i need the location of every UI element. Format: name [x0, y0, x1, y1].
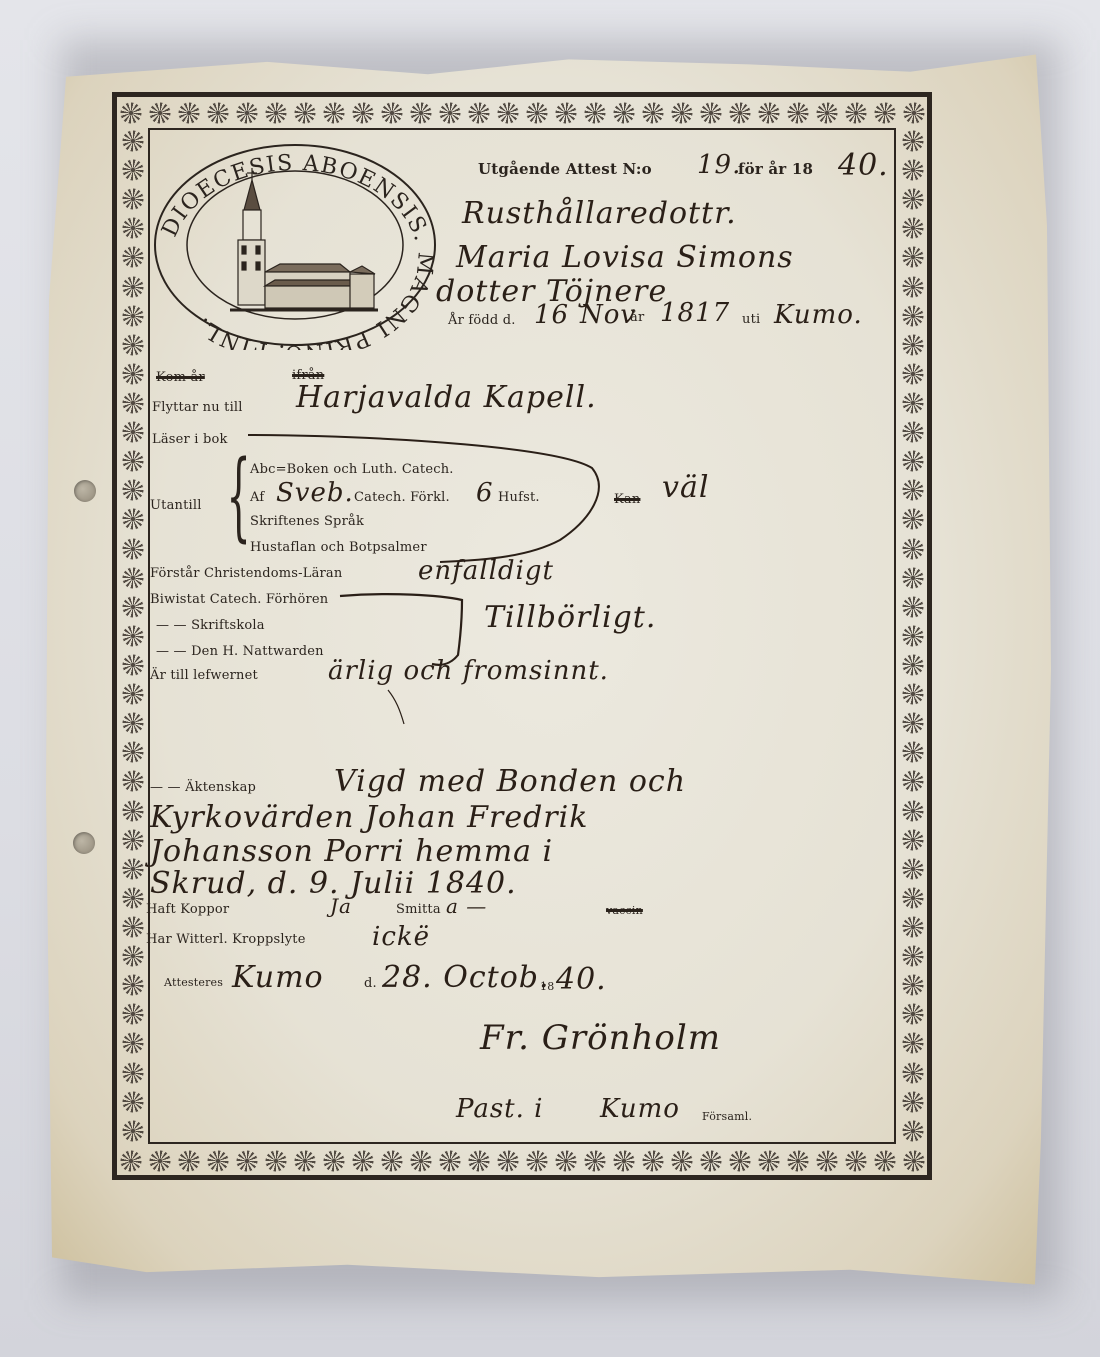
rosette-ornament-icon — [902, 450, 924, 472]
rosette-ornament-icon — [526, 102, 548, 124]
rosette-ornament-icon — [122, 683, 144, 705]
rosette-ornament-icon — [874, 1150, 896, 1172]
rosette-ornament-icon — [122, 800, 144, 822]
rosette-ornament-icon — [122, 974, 144, 996]
rosette-ornament-icon — [902, 916, 924, 938]
rosette-ornament-icon — [122, 741, 144, 763]
rosette-ornament-icon — [323, 1150, 345, 1172]
attended-catechism-label: Biwistat Catech. Förhören — [150, 592, 328, 607]
rosette-ornament-icon — [294, 102, 316, 124]
rosette-ornament-icon — [122, 188, 144, 210]
marriage-line-3: Johansson Porri hemma i — [150, 834, 553, 869]
rosette-ornament-icon — [207, 102, 229, 124]
understands-value: enfalldigt — [418, 556, 554, 586]
rosette-ornament-icon — [122, 1003, 144, 1025]
rosette-ornament-icon — [323, 102, 345, 124]
diocese-seal: DIOECESIS ABOENSIS. MAGNI PRINC. FINL. — [150, 140, 440, 350]
rosette-ornament-icon — [122, 508, 144, 530]
attest-label: Utgående Attest N:o — [478, 160, 652, 178]
reads-value: väl — [662, 470, 709, 505]
rosette-ornament-icon — [902, 1032, 924, 1054]
rosette-ornament-icon — [902, 508, 924, 530]
rosette-ornament-icon — [122, 887, 144, 909]
born-day: 16 — [534, 300, 569, 330]
signature-parish-suffix: Församl. — [702, 1110, 752, 1123]
rosette-ornament-icon — [122, 654, 144, 676]
rosette-ornament-icon — [642, 102, 664, 124]
rosette-ornament-icon — [122, 916, 144, 938]
attest-place: Kumo — [232, 960, 324, 995]
signature-role: Past. i — [456, 1094, 543, 1124]
rosette-ornament-icon — [902, 829, 924, 851]
attest-number: 19. — [697, 150, 741, 180]
rosette-ornament-icon — [845, 1150, 867, 1172]
moving-label: Flyttar nu till — [152, 400, 243, 415]
rosette-ornament-icon — [671, 102, 693, 124]
by-heart-label: Utantill — [150, 498, 202, 513]
rosette-ornament-icon — [902, 1120, 924, 1142]
rosette-ornament-icon — [122, 858, 144, 880]
rosette-ornament-icon — [149, 1150, 171, 1172]
rosette-ornament-icon — [122, 1120, 144, 1142]
conduct-label: Är till lefwernet — [150, 668, 258, 683]
rosette-ornament-icon — [122, 421, 144, 443]
rosette-ornament-icon — [122, 538, 144, 560]
rosette-ornament-icon — [122, 334, 144, 356]
rosette-ornament-icon — [613, 102, 635, 124]
rosette-ornament-icon — [497, 1150, 519, 1172]
rosette-ornament-icon — [902, 421, 924, 443]
border-rosettes-left — [118, 130, 148, 1142]
rosette-ornament-icon — [902, 188, 924, 210]
by-heart-item-skriftenes: Skriftenes Språk — [250, 514, 364, 529]
person-name-line1: Maria Lovisa Simons — [456, 240, 794, 275]
rosette-ornament-icon — [381, 102, 403, 124]
rosette-ornament-icon — [122, 130, 144, 152]
rosette-ornament-icon — [902, 1062, 924, 1084]
rosette-ornament-icon — [902, 741, 924, 763]
punch-hole-bottom — [73, 832, 95, 854]
rosette-ornament-icon — [902, 567, 924, 589]
rosette-ornament-icon — [902, 625, 924, 647]
marriage-line-2: Kyrkovärden Johan Fredrik — [150, 800, 588, 835]
rosette-ornament-icon — [816, 102, 838, 124]
rosette-ornament-icon — [787, 102, 809, 124]
confirmation-school-label: — — Skriftskola — [156, 618, 265, 633]
rosette-ornament-icon — [265, 102, 287, 124]
struck-word-kan: Kan — [614, 492, 640, 507]
rosette-ornament-icon — [122, 363, 144, 385]
rosette-ornament-icon — [902, 217, 924, 239]
rosette-ornament-icon — [381, 1150, 403, 1172]
rosette-ornament-icon — [642, 1150, 664, 1172]
attest-year-printed: 18 — [540, 980, 554, 993]
rosette-ornament-icon — [700, 102, 722, 124]
born-year-label: år — [630, 310, 644, 325]
rosette-ornament-icon — [902, 1003, 924, 1025]
border-rosettes-bottom — [120, 1146, 925, 1176]
rosette-ornament-icon — [902, 479, 924, 501]
rosette-ornament-icon — [700, 1150, 722, 1172]
rosette-ornament-icon — [584, 102, 606, 124]
curly-brace: { — [226, 448, 250, 544]
rosette-ornament-icon — [122, 829, 144, 851]
rosette-ornament-icon — [845, 102, 867, 124]
rosette-ornament-icon — [122, 305, 144, 327]
rosette-ornament-icon — [122, 450, 144, 472]
signature-name: Fr. Grönholm — [480, 1018, 721, 1058]
rosette-ornament-icon — [555, 1150, 577, 1172]
rosette-ornament-icon — [902, 858, 924, 880]
by-heart-fill-sveb: Sveb. — [276, 478, 354, 508]
rosette-ornament-icon — [902, 130, 924, 152]
seal-text: DIOECESIS ABOENSIS. MAGNI PRINC. FINL. — [157, 151, 437, 350]
communion-label: — — Den H. Nattwarden — [156, 644, 324, 659]
border-rosettes-top — [120, 98, 925, 128]
rosette-ornament-icon — [294, 1150, 316, 1172]
born-month: Nov — [580, 300, 636, 330]
rosette-ornament-icon — [902, 974, 924, 996]
by-heart-item-hustaflan: Hustaflan och Botpsalmer — [250, 540, 427, 555]
born-place-label: uti — [742, 312, 760, 327]
by-heart-item-hufst: Hufst. — [498, 490, 540, 505]
rosette-ornament-icon — [671, 1150, 693, 1172]
by-heart-item-abc: Abc=Boken och Luth. Catech. — [250, 462, 454, 477]
born-place: Kumo. — [774, 300, 863, 330]
rosette-ornament-icon — [439, 1150, 461, 1172]
rosette-ornament-icon — [497, 102, 519, 124]
smallpox-label: Haft Koppor — [146, 902, 229, 917]
rosette-ornament-icon — [122, 945, 144, 967]
attendance-value: Tillbörligt. — [484, 600, 656, 635]
born-label: År född d. — [448, 313, 516, 328]
vaccine-value: a — — [446, 894, 487, 918]
rosette-ornament-icon — [122, 596, 144, 618]
vaccine-struck: vaccin — [606, 904, 643, 917]
rosette-ornament-icon — [122, 1091, 144, 1113]
rosette-ornament-icon — [729, 1150, 751, 1172]
reads-label: Läser i bok — [152, 432, 228, 447]
rosette-ornament-icon — [122, 1032, 144, 1054]
rosette-ornament-icon — [236, 1150, 258, 1172]
illness-label: Har Witterl. Kroppslyte — [146, 932, 306, 947]
rosette-ornament-icon — [903, 102, 925, 124]
attest-year: 40. — [838, 148, 889, 183]
rosette-ornament-icon — [903, 1150, 925, 1172]
understands-label: Förstår Christendoms-Läran — [150, 566, 342, 581]
person-title: Rusthållaredottr. — [462, 196, 737, 231]
rosette-ornament-icon — [902, 538, 924, 560]
rosette-ornament-icon — [902, 683, 924, 705]
rosette-ornament-icon — [122, 217, 144, 239]
rosette-ornament-icon — [352, 102, 374, 124]
rosette-ornament-icon — [902, 945, 924, 967]
rosette-ornament-icon — [352, 1150, 374, 1172]
rosette-ornament-icon — [178, 1150, 200, 1172]
rosette-ornament-icon — [439, 102, 461, 124]
cathedral-icon — [230, 168, 378, 310]
rosette-ornament-icon — [902, 305, 924, 327]
rosette-ornament-icon — [178, 102, 200, 124]
rosette-ornament-icon — [122, 479, 144, 501]
rosette-ornament-icon — [122, 567, 144, 589]
rosette-ornament-icon — [122, 770, 144, 792]
rosette-ornament-icon — [902, 887, 924, 909]
rosette-ornament-icon — [265, 1150, 287, 1172]
rosette-ornament-icon — [902, 246, 924, 268]
rosette-ornament-icon — [902, 712, 924, 734]
illness-value: ickë — [372, 922, 430, 952]
punch-hole-top — [74, 480, 96, 502]
came-year-label: Kom år — [156, 370, 205, 385]
rosette-ornament-icon — [410, 1150, 432, 1172]
by-heart-item-catech: Catech. Förkl. — [354, 490, 450, 505]
rosette-ornament-icon — [902, 392, 924, 414]
rosette-ornament-icon — [122, 712, 144, 734]
rosette-ornament-icon — [122, 159, 144, 181]
rosette-ornament-icon — [613, 1150, 635, 1172]
seal-svg: DIOECESIS ABOENSIS. MAGNI PRINC. FINL. — [150, 140, 440, 350]
marriage-label: — — Äktenskap — [150, 780, 256, 795]
conduct-value: ärlig och fromsinnt. — [328, 656, 609, 686]
rosette-ornament-icon — [729, 102, 751, 124]
rosette-ornament-icon — [122, 246, 144, 268]
marriage-line-1: Vigd med Bonden och — [334, 764, 686, 799]
rosette-ornament-icon — [122, 392, 144, 414]
rosette-ornament-icon — [120, 1150, 142, 1172]
rosette-ornament-icon — [468, 102, 490, 124]
rosette-ornament-icon — [149, 102, 171, 124]
attest-label-print: Attesteres — [164, 976, 223, 989]
rosette-ornament-icon — [902, 276, 924, 298]
rosette-ornament-icon — [902, 800, 924, 822]
attest-year-label: för år 18 — [738, 160, 813, 178]
rosette-ornament-icon — [207, 1150, 229, 1172]
attest-date: 28. Octob. — [382, 960, 550, 995]
by-heart-item-af: Af — [250, 490, 264, 505]
rosette-ornament-icon — [902, 1091, 924, 1113]
rosette-ornament-icon — [874, 102, 896, 124]
rosette-ornament-icon — [758, 1150, 780, 1172]
rosette-ornament-icon — [758, 102, 780, 124]
rosette-ornament-icon — [902, 654, 924, 676]
rosette-ornament-icon — [902, 770, 924, 792]
rosette-ornament-icon — [902, 159, 924, 181]
signature-parish: Kumo — [600, 1094, 680, 1124]
vaccine-label: Smitta — [396, 902, 441, 917]
rosette-ornament-icon — [468, 1150, 490, 1172]
smallpox-value: Ja — [330, 894, 352, 918]
rosette-ornament-icon — [526, 1150, 548, 1172]
moving-destination: Harjavalda Kapell. — [296, 380, 597, 415]
rosette-ornament-icon — [902, 596, 924, 618]
attest-day-label: d. — [364, 976, 377, 991]
rosette-ornament-icon — [410, 102, 432, 124]
border-rosettes-right — [898, 130, 928, 1142]
rosette-ornament-icon — [787, 1150, 809, 1172]
rosette-ornament-icon — [122, 276, 144, 298]
rosette-ornament-icon — [584, 1150, 606, 1172]
rosette-ornament-icon — [122, 625, 144, 647]
rosette-ornament-icon — [555, 102, 577, 124]
rosette-ornament-icon — [236, 102, 258, 124]
rosette-ornament-icon — [816, 1150, 838, 1172]
attest-year-value: 40. — [556, 962, 607, 997]
rosette-ornament-icon — [902, 334, 924, 356]
by-heart-fill-count: 6 — [476, 478, 494, 508]
rosette-ornament-icon — [120, 102, 142, 124]
rosette-ornament-icon — [122, 1062, 144, 1084]
rosette-ornament-icon — [902, 363, 924, 385]
born-year: 1817 — [660, 298, 730, 328]
